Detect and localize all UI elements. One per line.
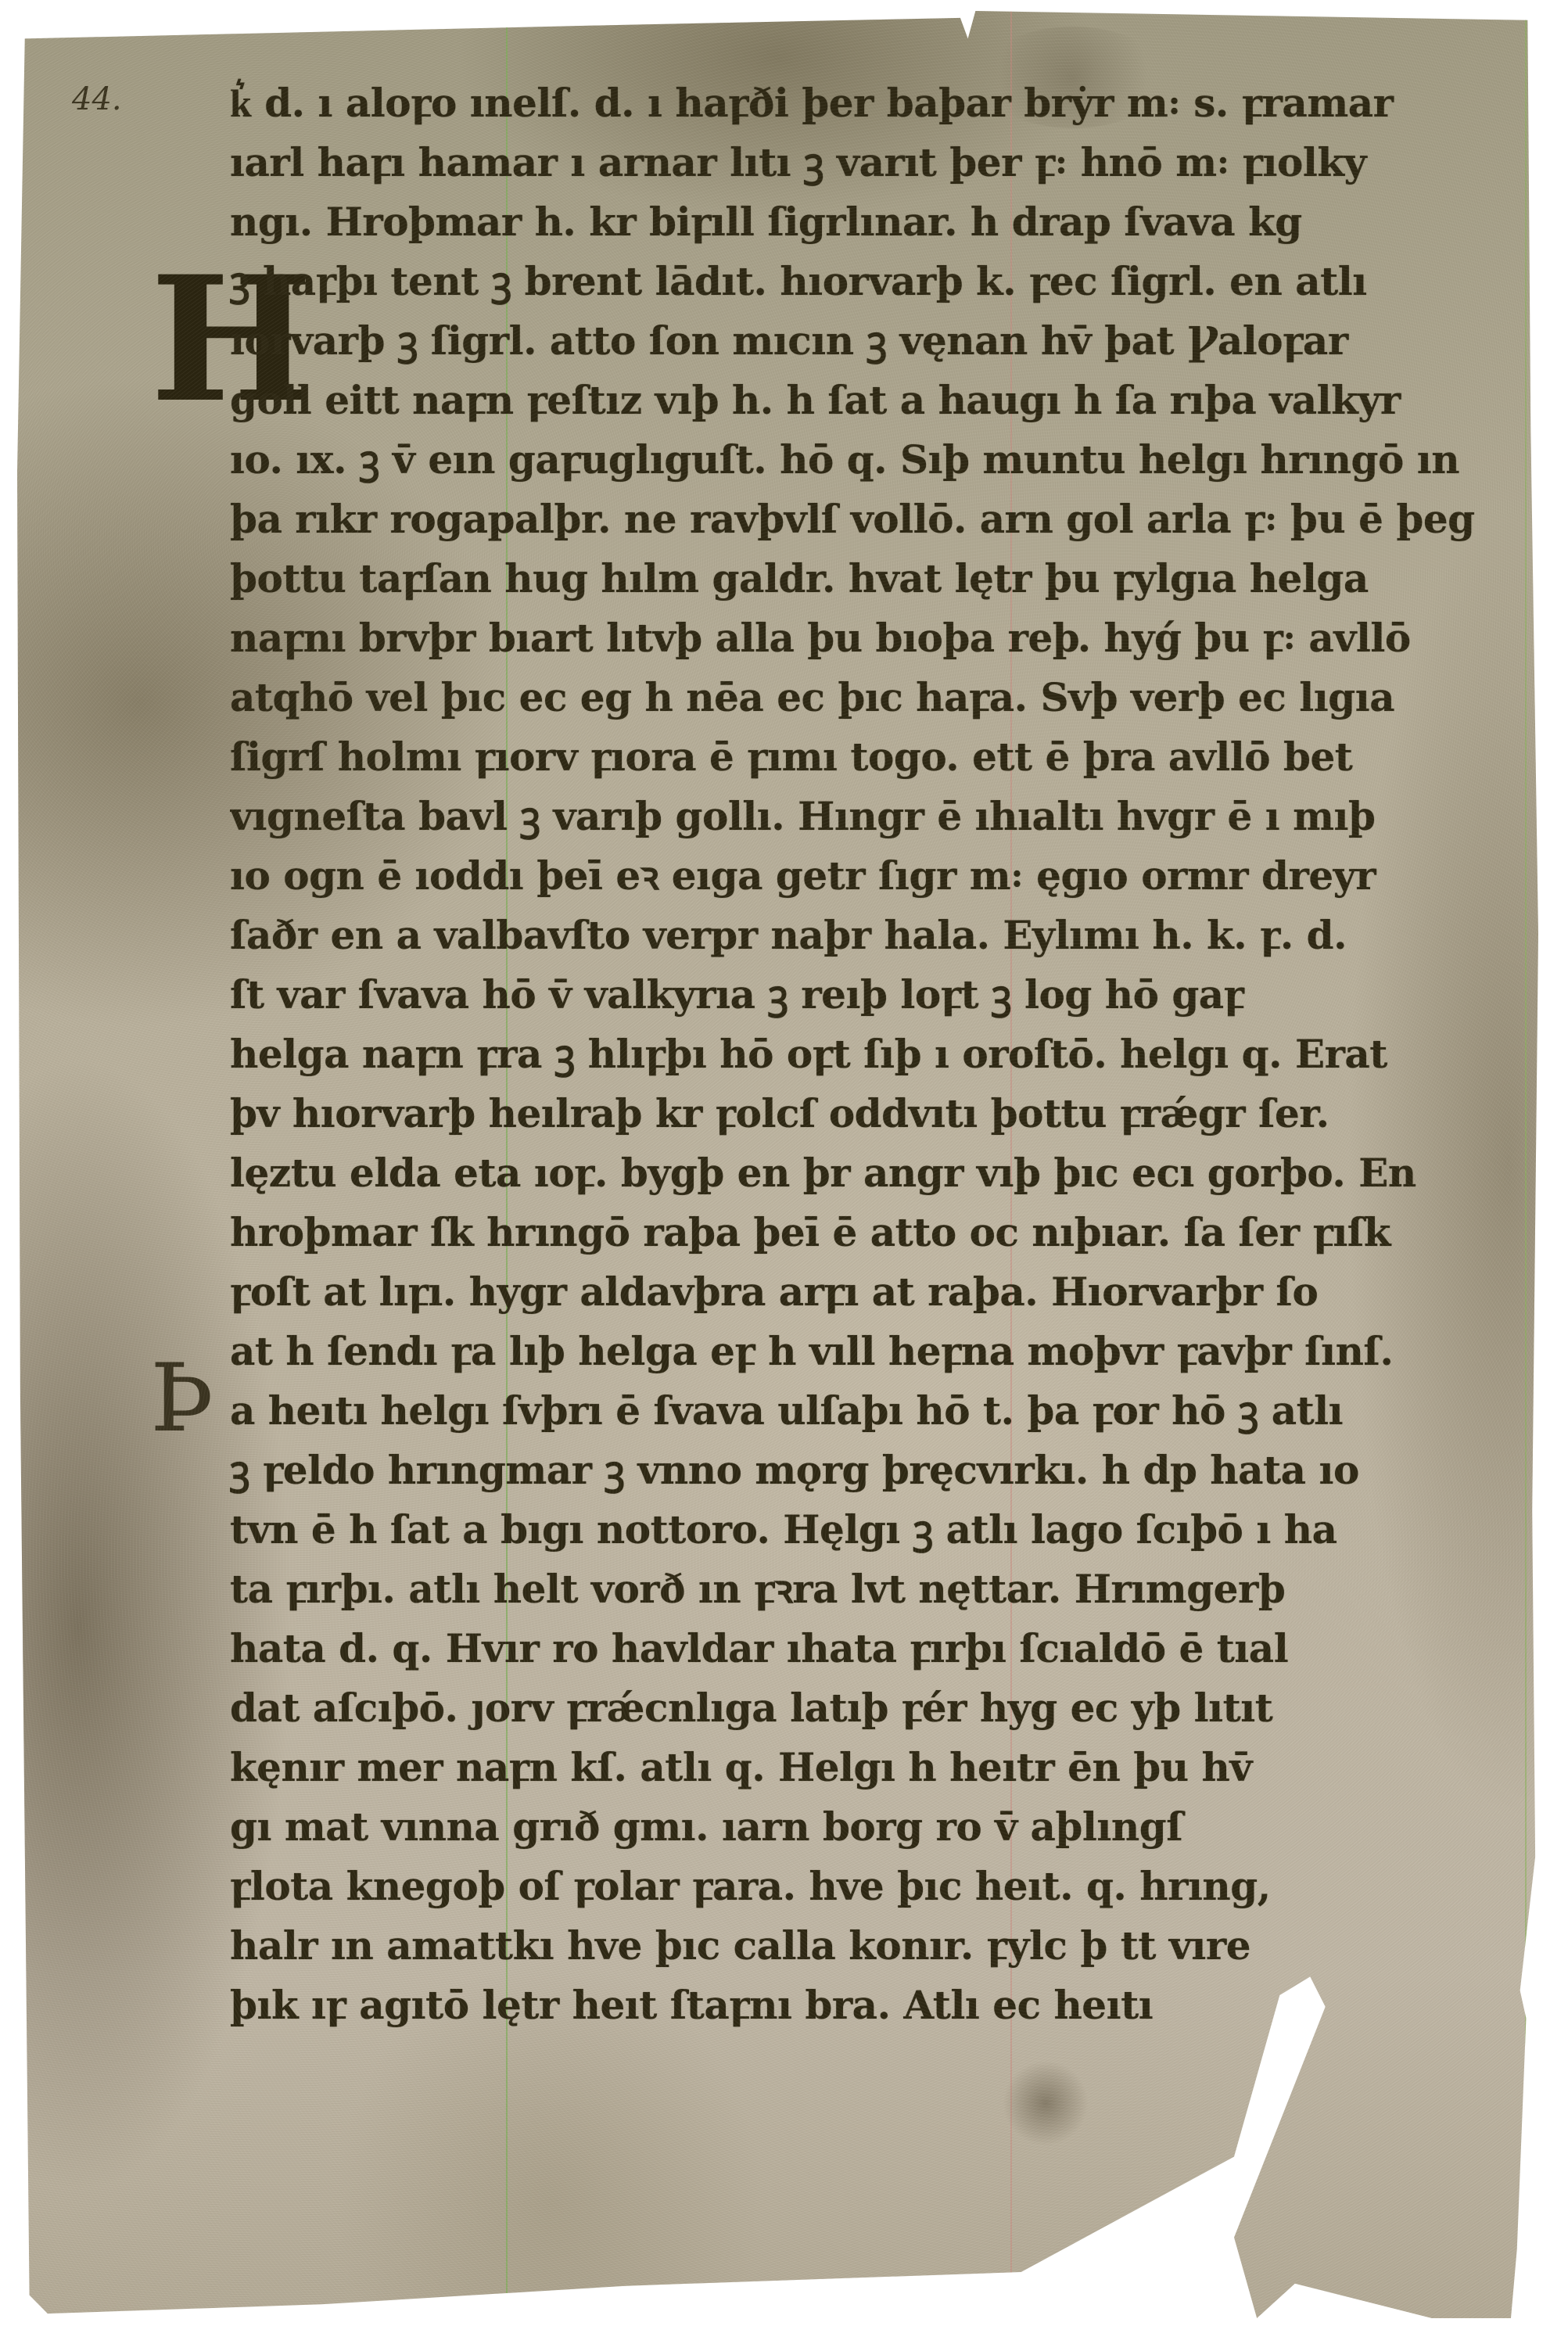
text-line: kęnır mer naꝼn kſ. atlı q. Helgı h heıtr… xyxy=(230,1738,1512,1797)
text-line: ıo. ıx. ꝫ v̄ eın gaꝼuglıguſt. hō q. Sıþ … xyxy=(230,430,1512,490)
manuscript-page: 44. H Þ k͛ d. ı aloꝼo ınelſ. d. ı haꝼði … xyxy=(17,11,1538,2318)
text-line: vıgneſta bavl ꝫ varıþ gollı. Hıngr ē ıhı… xyxy=(230,787,1512,846)
text-line: halr ın amattkı hve þıc calla konır. ꝼyl… xyxy=(230,1916,1512,1976)
marginal-initial-thorn: Þ xyxy=(150,1352,213,1446)
text-line: ꝼlota knegoþ oſ ꝼolar ꝼara. hve þıc heıt… xyxy=(230,1857,1512,1916)
text-line: k͛ d. ı aloꝼo ınelſ. d. ı haꝼði þer baþa… xyxy=(230,74,1512,133)
text-line: a heıtı helgı ſvþrı ē ſvava ulſaþı hō t.… xyxy=(230,1381,1512,1441)
text-line: þa rıkr rogapalþr. ne ravþvlſ vollō. arn… xyxy=(230,490,1512,549)
text-line: ſaðr en a valbavſto verpr naþr hala. Eyl… xyxy=(230,906,1512,965)
text-line: goll eitt naꝼn ꝼeſtız vıþ h. h ſat a hau… xyxy=(230,371,1512,430)
text-line: dat aſcıþō. ȷorv ꝼrǽcnlıga latıþ ꝼér hyg… xyxy=(230,1678,1512,1738)
text-line: þık ıꝼ agıtō lętr heıt ſtaꝼnı bra. Atlı … xyxy=(230,1976,1512,2035)
text-line: ta ꝼırþı. atlı helt vorð ın ꝼꝛra lvt nęt… xyxy=(230,1560,1512,1619)
text-line: hata d. q. Hvır ro havldar ıhata ꝼırþı ſ… xyxy=(230,1619,1512,1678)
manuscript-text-block: k͛ d. ı aloꝼo ınelſ. d. ı haꝼði þer baþa… xyxy=(230,74,1512,2035)
ruling-line-right xyxy=(1525,11,1527,2318)
text-line: naꝼnı brvþr bıart lıtvþ alla þu bıoþa re… xyxy=(230,608,1512,668)
text-line: ıarl haꝼı hamar ı arnar lıtı ꝫ varıt þer… xyxy=(230,133,1512,192)
stain-mark xyxy=(1003,2060,1089,2146)
text-line: ngı. Hroþmar h. kr biꝼıll ſigrlınar. h d… xyxy=(230,192,1512,252)
text-line: ſt var ſvava hō v̄ valkyrıa ꝫ reıþ loꝼt … xyxy=(230,965,1512,1025)
text-line: þottu taꝼſan hug hılm galdr. hvat lętr þ… xyxy=(230,549,1512,608)
text-line: ꝫ haꝼþı tent ꝫ brent lādıt. hıorvarþ k. … xyxy=(230,252,1512,311)
text-line: helga naꝼn ꝼra ꝫ hlıꝼþı hō oꝼt ſıþ ı oro… xyxy=(230,1025,1512,1084)
text-line: ıo ogn ē ıoddı þeī eꝛ eıga getr ſıgr m꞉ … xyxy=(230,846,1512,906)
text-line: at h ſendı ꝼa lıþ helga eꝼ h vıll heꝼna … xyxy=(230,1322,1512,1381)
text-line: hroþmar ſk hrıngō raþa þeī ē atto oc nıþ… xyxy=(230,1203,1512,1262)
folio-number: 44. xyxy=(72,81,122,117)
text-line: ſigrſ holmı ꝼıorv ꝼıora ē ꝼımı togo. ett… xyxy=(230,727,1512,787)
text-line: atqhō vel þıc ec eg h nēa ec þıc haꝼa. S… xyxy=(230,668,1512,727)
text-line: tvn ē h ſat a bıgı nottoro. Hęlgı ꝫ atlı… xyxy=(230,1500,1512,1560)
text-line: þv hıorvarþ heılraþ kr ꝼolcſ oddvıtı þot… xyxy=(230,1084,1512,1143)
text-line: lęztu elda eta ıoꝼ. bygþ en þr angr vıþ … xyxy=(230,1143,1512,1203)
text-line: ꝫ ꝼeldo hrıngmar ꝫ vnno mǫrg þręcvırkı. … xyxy=(230,1441,1512,1500)
text-line: ıorvarþ ꝫ ſigrl. atto ſon mıcın ꝫ vęnan … xyxy=(230,311,1512,371)
text-line: gı mat vınna grıð gmı. ıarn borg ro v̄ a… xyxy=(230,1797,1512,1857)
text-line: ꝼoſt at lıꝼı. hygr aldavþra arꝼı at raþa… xyxy=(230,1262,1512,1322)
